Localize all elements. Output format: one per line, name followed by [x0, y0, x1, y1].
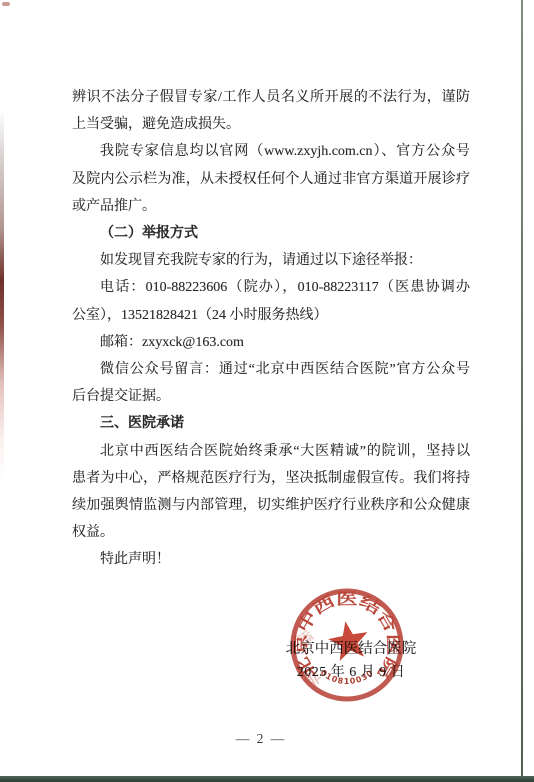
body-line: 北京中西医结合医院始终秉承“大医精诚”的院训，坚持以 [72, 438, 470, 465]
body-line: 微信公众号留言：通过“北京中西医结合医院”官方公众号 [72, 356, 470, 383]
scanned-document-page: { "document": { "lines": [ {"text": "辨识不… [0, 0, 534, 782]
body-line: 或产品推广。 [72, 193, 470, 220]
body-line: 三、医院承诺 [72, 410, 470, 437]
scan-artifact-left-edge [0, 110, 4, 480]
body-line: 上当受骗，避免造成损失。 [72, 111, 470, 138]
scan-edge-bottom-line [0, 776, 534, 782]
body-line: 患者为中心，严格规范医疗行为，坚决抵制虚假宣传。我们将持 [72, 465, 470, 492]
body-line: 及院内公示栏为准，从未授权任何个人通过非官方渠道开展诊疗 [72, 166, 470, 193]
seal-star-icon [328, 621, 367, 661]
body-line: 后台提交证据。 [72, 383, 470, 410]
page-number: — 2 — [0, 731, 522, 747]
body-line: 权益。 [72, 519, 470, 546]
body-line: 公室），13521828421（24 小时服务热线） [72, 302, 470, 329]
body-line: 电话：010-88223606（院办），010-88223117（医患协调办 [72, 274, 470, 301]
document-body: 辨识不法分子假冒专家/工作人员名义所开展的不法行为，谨防上当受骗，避免造成损失。… [72, 84, 470, 574]
body-line: 辨识不法分子假冒专家/工作人员名义所开展的不法行为，谨防 [72, 84, 470, 111]
scan-artifact-topleft [2, 2, 10, 6]
body-line: （二）举报方式 [72, 220, 470, 247]
seal-serial-number: 1101081003022 [272, 567, 375, 686]
scan-edge-right-line [521, 0, 523, 782]
body-line: 如发现冒充我院专家的行为，请通过以下途径举报： [72, 247, 470, 274]
body-line: 邮箱：zxyxck@163.com [72, 329, 470, 356]
official-seal: 北京中西医结合医院 1101081003022 添 非 [272, 567, 424, 725]
body-line: 我院专家信息均以官网（www.zxyjh.com.cn）、官方公众号 [72, 138, 470, 165]
body-line: 续加强舆情监测与内部管理，切实维护医疗行业秩序和公众健康 [72, 492, 470, 519]
